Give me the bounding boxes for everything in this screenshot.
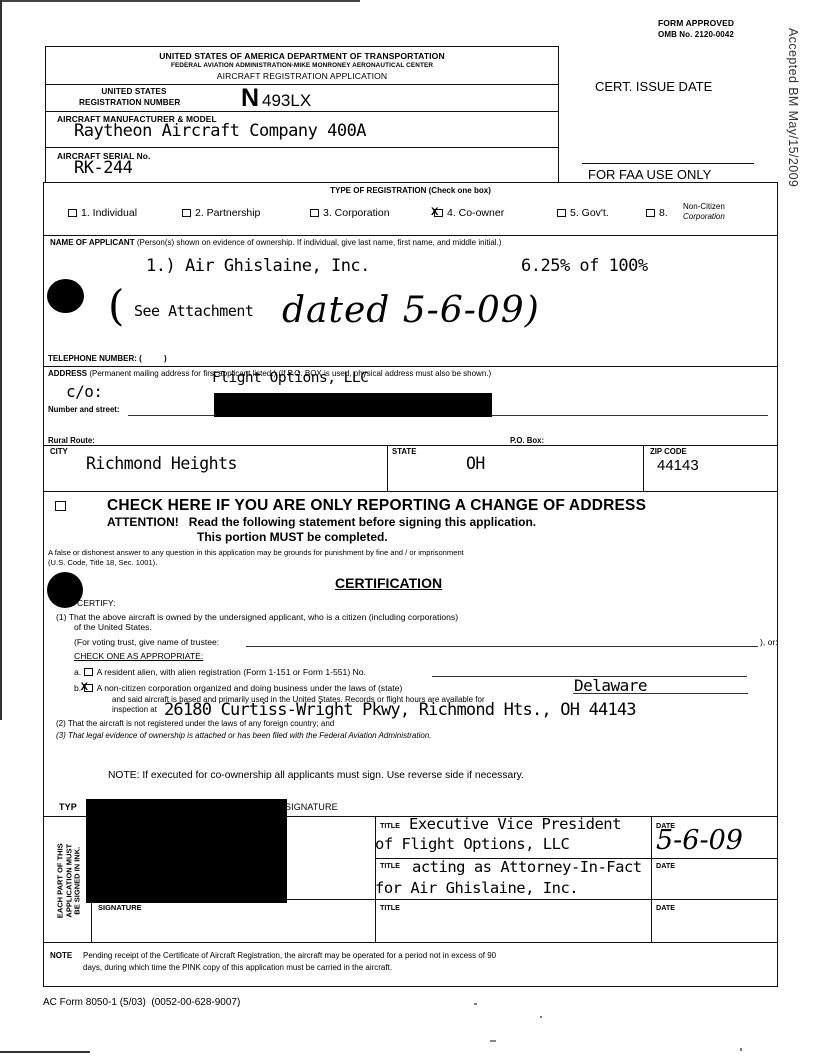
checkbox[interactable] [646,209,655,217]
applicant-share[interactable]: 6.25% of 100% [521,256,648,276]
sig-row3-signature-label: SIGNATURE [98,903,142,912]
option-b-line3: inspection at [112,705,157,714]
form-approved: FORM APPROVED [658,18,734,28]
sig-row2-title-label: TITLE [380,861,400,870]
cert-item1-line1: (1) That the above aircraft is owned by … [56,612,458,622]
street-label: Number and street: [48,405,120,414]
applicant-name[interactable]: 1.) Air Ghislaine, Inc. [146,256,370,276]
zip-label: ZIP CODE [650,447,687,456]
reg-number-label-1: UNITED STATES [89,87,179,96]
divider [45,111,559,112]
header-faa: FEDERAL AVIATION ADMINISTRATION-MIKE MON… [45,62,559,69]
noncitizen-sub2: Corporation [683,212,725,221]
option-a-text: A resident alien, with alien registratio… [97,667,366,677]
option-label: 4. Co-owner [447,207,504,219]
option-label: 2. Partnership [195,207,260,219]
option-b-text: A non-citizen corporation organized and … [97,683,403,693]
divider [43,491,778,492]
divider [651,816,652,942]
sign-in-ink-label: EACH PART OF THIS APPLICATION MUST BE SI… [49,820,89,942]
check-one-label: CHECK ONE AS APPROPRIATE: [74,651,203,661]
must-complete: This portion MUST be completed. [197,530,388,544]
bottom-note-line2: days, during which time the PINK copy of… [83,963,392,972]
header-title: AIRCRAFT REGISTRATION APPLICATION [45,71,559,81]
applicant-label-note: (Person(s) shown on evidence of ownershi… [137,238,502,247]
sig-row2-date-label: DATE [656,861,675,870]
applicant-label: NAME OF APPLICANT (Person(s) shown on ev… [50,238,501,247]
sig-row1-title-line2[interactable]: of Flight Options, LLC [375,835,569,853]
divider [43,235,778,236]
state-field-underline[interactable] [573,693,748,694]
co-value[interactable]: Flight Options, LLC [212,370,368,386]
manufacturer-value[interactable]: Raytheon Aircraft Company 400A [74,121,366,141]
reg-option-noncitizen[interactable]: 8. [646,207,668,219]
sig-row2-title-line1[interactable]: acting as Attorney-In-Fact [412,858,642,876]
checkbox[interactable] [68,209,77,217]
see-attachment: See Attachment [134,302,253,320]
accepted-stamp: Accepted BM May/15/2009 [786,28,800,187]
option-a-letter: a. [74,667,81,677]
change-of-address-checkbox[interactable] [55,501,66,511]
reg-prefix: N [241,84,259,113]
cert-item3: (3) That legal evidence of ownership is … [56,731,431,740]
we-certify: I/WE CERTIFY: [56,598,116,608]
faa-use-only-label: FOR FAA USE ONLY [588,167,711,182]
type-registration-label: TYPE OF REGISTRATION (Check one box) [43,186,778,195]
change-of-address-label: CHECK HERE IF YOU ARE ONLY REPORTING A C… [107,497,646,515]
address-label-bold: ADDRESS [48,369,87,378]
divider [43,445,778,446]
sig-row1-date-value[interactable]: 5-6-09 [656,825,743,856]
city-label: CITY [50,447,68,456]
option-b[interactable]: b. A non-citizen corporation organized a… [74,683,402,693]
co-label: c/o: [66,382,103,401]
voting-trust-end: ), or: [760,637,778,647]
type-label-start: TYP [59,802,77,812]
reg-option-individual[interactable]: 1. Individual [68,207,137,219]
option-a[interactable]: a. A resident alien, with alien registra… [74,667,366,677]
redacted-street [214,393,492,417]
handwritten-date: dated 5-6-09) [282,290,540,331]
reg-option-coowner[interactable]: 4. Co-owner [434,207,504,219]
cert-item1-line2: of the United States. [74,622,152,632]
scan-edge-top [0,0,360,2]
open-paren: ( [108,285,124,327]
serial-value[interactable]: RK-244 [74,158,132,178]
coownership-note: NOTE: If executed for co-ownership all a… [108,770,524,781]
divider [45,84,559,85]
redacted-signature [86,799,287,903]
sig-row1-title-line1[interactable]: Executive Vice President [409,815,621,833]
option-label: 8. [659,207,668,219]
attention-bold: ATTENTION! [107,515,179,529]
punch-hole [47,279,84,313]
checkbox[interactable] [182,209,191,217]
checkbox-checked[interactable] [434,209,443,217]
reg-option-partnership[interactable]: 2. Partnership [182,207,260,219]
reg-number-value[interactable]: 493LX [262,91,311,111]
voting-trust-field[interactable] [246,646,758,647]
option-label: 5. Gov't. [570,207,609,219]
checkbox[interactable] [310,209,319,217]
divider [43,366,778,367]
divider [643,445,644,491]
form-number-footer: AC Form 8050-1 (5/03) (0052-00-628-9007) [43,997,240,1008]
sig-row3-title-label: TITLE [380,903,400,912]
checkbox[interactable] [557,209,566,217]
divider [387,445,388,491]
divider [43,942,778,943]
reg-option-govt[interactable]: 5. Gov't. [557,207,609,219]
faa-divider [582,163,754,164]
omb-number: OMB No. 2120-0042 [658,30,734,39]
scan-edge-left [0,0,2,720]
cert-issue-date-label: CERT. ISSUE DATE [595,79,712,94]
inspection-address[interactable]: 26180 Curtiss-Wright Pkwy, Richmond Hts.… [164,700,636,720]
attention-line: ATTENTION! Read the following statement … [107,515,536,529]
reg-option-corporation[interactable]: 3. Corporation [310,207,390,219]
sig-row2-title-line2[interactable]: for Air Ghislaine, Inc. [375,879,578,897]
zip-value[interactable]: 44143 [657,457,699,474]
attention-rest: Read the following statement before sign… [189,515,536,529]
rural-route-label: Rural Route: [48,436,95,445]
divider [45,147,559,148]
scan-edge-bottom [0,1051,90,1053]
telephone-label: TELEPHONE NUMBER: ( ) [48,354,167,363]
scan-speckle [540,1016,542,1018]
voting-trust-label: (For voting trust, give name of trustee: [74,637,219,647]
header-dept: UNITED STATES OF AMERICA DEPARTMENT OF T… [45,51,559,61]
option-label: 3. Corporation [323,207,390,219]
bottom-note-line1: Pending receipt of the Certificate of Ai… [83,951,496,960]
option-label: 1. Individual [81,207,137,219]
scan-speckle [490,1040,496,1042]
side-label-line: EACH PART OF THIS [56,844,65,919]
city-value[interactable]: Richmond Heights [86,454,237,473]
po-box-label: P.O. Box: [510,436,544,445]
bottom-note-label: NOTE [50,951,72,960]
reg-number-label-2: REGISTRATION NUMBER [79,98,180,107]
warning-line2: (U.S. Code, Title 18, Sec. 1001). [48,558,157,567]
cert-item2: (2) That the aircraft is not registered … [56,719,334,728]
certification-title: CERTIFICATION [335,575,442,591]
sig-row1-title-label: TITLE [380,821,400,830]
option-a-checkbox[interactable] [84,668,93,676]
scan-speckle [740,1048,742,1051]
sig-row3-date-label: DATE [656,903,675,912]
option-b-checkbox-checked[interactable] [84,684,93,692]
type-label-end: SIGNATURE [285,802,338,812]
warning-line1: A false or dishonest answer to any quest… [48,548,464,557]
applicant-label-bold: NAME OF APPLICANT [50,238,135,247]
state-label: STATE [392,447,416,456]
state-value[interactable]: OH [466,454,485,473]
side-label-line: BE SIGNED IN INK. [73,844,82,919]
noncitizen-sub1: Non-Citizen [683,202,725,211]
scan-speckle [474,1003,477,1005]
